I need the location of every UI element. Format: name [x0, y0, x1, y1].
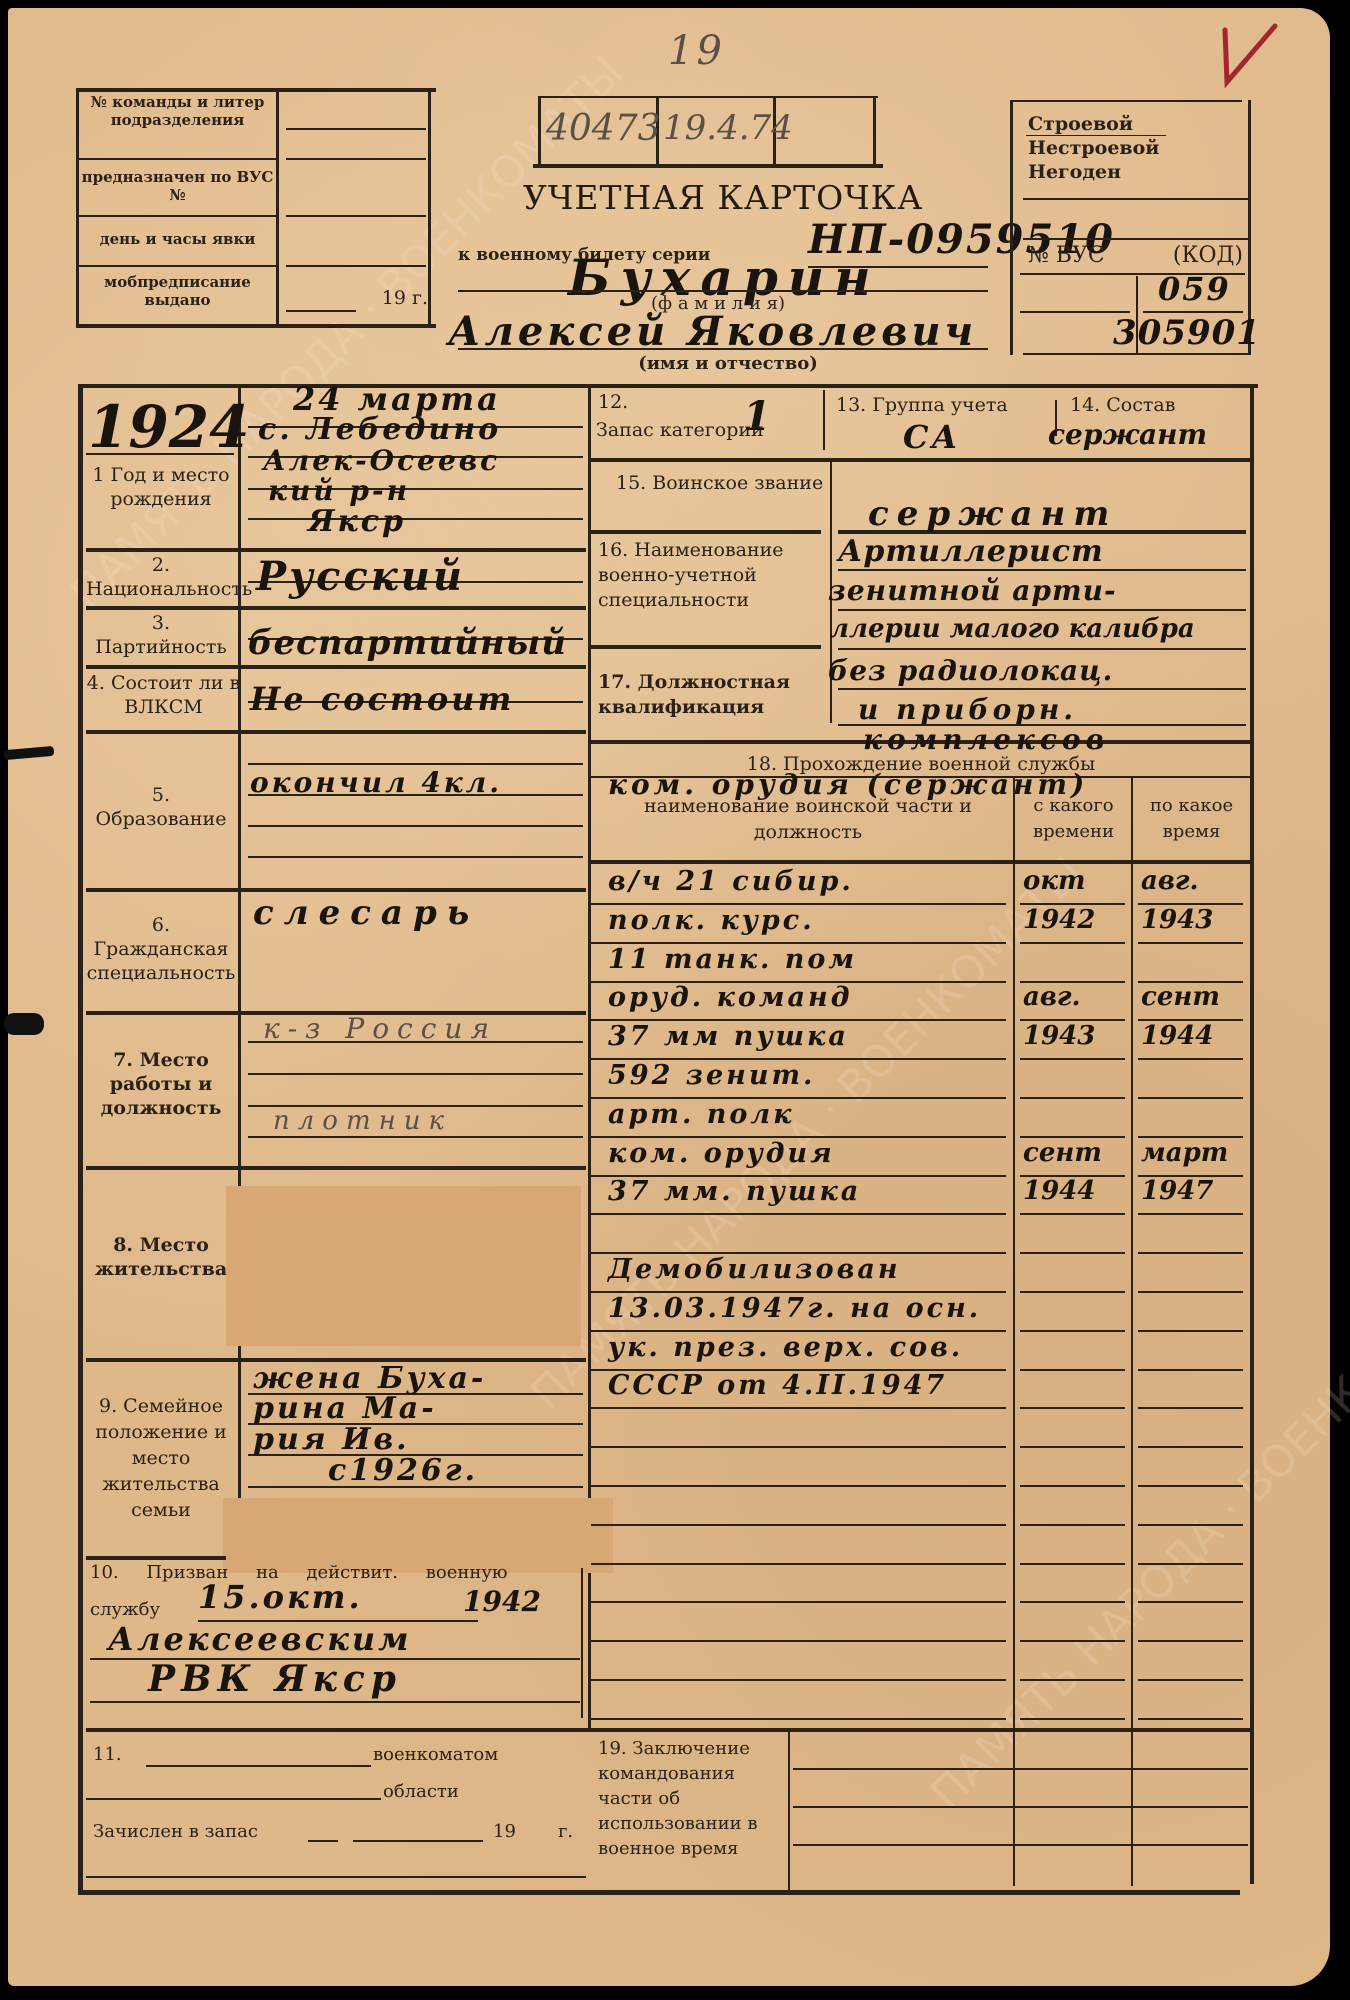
fold-mark [4, 746, 55, 760]
mob-order-year: 19 г. [353, 286, 428, 310]
service-from: окт [1023, 866, 1085, 896]
row-line [591, 1718, 1006, 1720]
fitness-noncombat: Нестроевой [1028, 137, 1228, 160]
position-value: плотник [273, 1106, 452, 1136]
stamp-date: 19.4.74 [663, 108, 793, 148]
row-line [1138, 1524, 1243, 1526]
label-komsomol: 4. Состоит ли в ВЛКСМ [86, 671, 241, 719]
row-line [1020, 1524, 1125, 1526]
service-unit: 592 зенит. [608, 1060, 815, 1091]
conscription-year: 1942 [463, 1585, 541, 1618]
main-frame-left [78, 384, 83, 1894]
family-line-2: рина Ма- [253, 1391, 437, 1426]
vus-value: 059 [1158, 270, 1231, 308]
service-col-divider-1 [1013, 776, 1015, 1886]
row-line [591, 1213, 1006, 1215]
label-residence: 8. Место жительства [86, 1233, 236, 1281]
service-from: 1944 [1023, 1176, 1095, 1206]
row-line [591, 1601, 1006, 1603]
label-mob-order: мобпредписание выдано [80, 273, 275, 309]
family-line-4: с1926г. [328, 1453, 478, 1488]
label-birth: 1 Год и место рождения [86, 463, 236, 511]
specialty-line-3: ллерии малого калибра [830, 614, 1195, 644]
reserve-region: области [383, 1780, 459, 1804]
row-line [1020, 1407, 1125, 1409]
qualification-line-1: и приборн. [858, 693, 1077, 726]
name-patronymic-label: (имя и отчество) [618, 352, 838, 376]
service-unit: Демобилизован [608, 1254, 901, 1285]
row-line [591, 1563, 1006, 1565]
left-divider [238, 384, 241, 1544]
service-unit: 13.03.1947г. на осн. [608, 1293, 981, 1324]
redacted-residence [226, 1186, 581, 1346]
row-line [591, 1446, 1006, 1448]
reserve-enrolled-year: 19 [493, 1820, 516, 1844]
birth-year: 1924 [88, 393, 249, 461]
composition-value: сержант [1048, 418, 1207, 451]
row-line [1020, 1718, 1125, 1720]
label-report-time: день и часы явки [80, 230, 275, 248]
label-nationality: 2. Национальность [86, 553, 236, 601]
card-title: УЧЕТНАЯ КАРТОЧКА [523, 178, 923, 217]
party-value: беспартийный [248, 623, 567, 663]
reserve-num: 11. [93, 1743, 122, 1767]
service-col-divider-2 [1131, 776, 1133, 1886]
row-line [1020, 1369, 1125, 1371]
check-mark-icon [1213, 20, 1283, 90]
birth-district: Алек-Осеевс [263, 444, 500, 477]
composition-label: 14. Состав [1070, 393, 1175, 417]
row-line [1020, 942, 1125, 944]
row-line [591, 1485, 1006, 1487]
row-line [591, 1407, 1006, 1409]
row-line [1138, 1291, 1243, 1293]
row-line [1138, 1097, 1243, 1099]
row-line [1138, 1252, 1243, 1254]
service-from: 1943 [1023, 1021, 1095, 1051]
conscription-office-2: РВК Якср [148, 1658, 402, 1700]
civil-specialty-value: слесарь [253, 893, 479, 933]
row-line [1138, 1679, 1243, 1681]
workplace-value: к-з Россия [263, 1012, 497, 1045]
service-unit: ком. орудия [608, 1138, 835, 1169]
service-from: авг. [1023, 982, 1081, 1012]
reserve-commissariat: военкоматом [373, 1743, 498, 1767]
birth-village: с. Лебедино [258, 412, 501, 447]
fitness-unfit: Негоден [1028, 161, 1228, 184]
row-line [1138, 1640, 1243, 1642]
main-frame-top [78, 384, 1258, 388]
reserve-enrolled-suffix: г. [558, 1820, 573, 1844]
service-to: март [1141, 1138, 1228, 1168]
specialty-line-4: без радиолокац. [828, 654, 1113, 687]
fitness-combat: Строевой [1028, 113, 1228, 136]
row-line [591, 1679, 1006, 1681]
row-line [591, 1640, 1006, 1642]
accounting-group-value: СА [903, 418, 961, 456]
row-line [1020, 1330, 1125, 1332]
service-from: 1942 [1023, 905, 1095, 935]
row-line [1020, 1485, 1125, 1487]
specialty-line-1: Артиллерист [838, 534, 1104, 569]
row-line [1138, 1718, 1243, 1720]
birth-region: Якср [308, 504, 406, 539]
row-line [1020, 1640, 1125, 1642]
row-line [1020, 1058, 1125, 1060]
label-education: 5. Образование [86, 783, 236, 831]
row-line [1138, 942, 1243, 944]
row-line [1138, 1369, 1243, 1371]
row-line [1138, 1446, 1243, 1448]
row-line [1020, 1601, 1125, 1603]
row-line [1138, 1330, 1243, 1332]
row-line [1020, 1291, 1125, 1293]
service-from: сент [1023, 1138, 1102, 1168]
row-line [1138, 1563, 1243, 1565]
service-unit: СССР от 4.II.1947 [608, 1370, 947, 1401]
label-vus-assigned: предназначен по ВУС № [80, 168, 275, 204]
row-line [591, 1524, 1006, 1526]
row-line [1020, 1213, 1125, 1215]
service-unit: 11 танк. пом [608, 944, 857, 975]
service-to: 1944 [1141, 1021, 1213, 1051]
row-line [1138, 1485, 1243, 1487]
page-number: 19 [668, 28, 725, 74]
label-civil-specialty: 6. Гражданская специальность [86, 913, 236, 985]
service-col-from: с какого времени [1016, 793, 1131, 845]
label-command-number: № команды и литер подразделения [80, 93, 275, 129]
accounting-group-label: 13. Группа учета [836, 393, 1008, 417]
code-label: (КОД) [1148, 244, 1243, 268]
conclusion-label: 19. Заключение командования части об исп… [598, 1736, 783, 1861]
service-unit: оруд. команд [608, 982, 853, 1013]
reserve-category-label: Запас категории [596, 418, 764, 442]
row-line [1020, 1252, 1125, 1254]
family-line-3: рия Ив. [253, 1422, 410, 1457]
row-line [1020, 1446, 1125, 1448]
label-family: 9. Семейное положение и место жительства… [86, 1393, 236, 1523]
service-to: 1943 [1141, 905, 1213, 935]
service-unit: ук. през. верх. сов. [608, 1332, 963, 1363]
birth-district-2: кий р-н [268, 474, 410, 507]
service-to: 1947 [1141, 1176, 1213, 1206]
row-line [1020, 1563, 1125, 1565]
record-card: ПАМЯТЬ НАРОДА · ВОЕНКОМАТЫ ПАМЯТЬ НАРОДА… [8, 8, 1330, 1986]
education-value: окончил 4кл. [250, 766, 502, 799]
row-line [1138, 1213, 1243, 1215]
hole-mark [4, 1013, 44, 1035]
service-unit: в/ч 21 сибир. [608, 866, 854, 897]
service-to: сент [1141, 982, 1220, 1012]
qualification-label: 17. Должностная квалификация [598, 670, 818, 720]
service-col-unit: наименование воинской части и должность [608, 793, 1008, 845]
reserve-category-num: 12. [598, 390, 628, 414]
row-line [1020, 1097, 1125, 1099]
specialty-line-2: зенитной арти- [828, 574, 1117, 607]
service-col-to: по какое время [1134, 793, 1249, 845]
label-conscription-service: службу [90, 1598, 160, 1622]
service-unit: арт. полк [608, 1099, 794, 1130]
service-unit: 37 мм. пушка [608, 1176, 861, 1207]
komsomol-value: Не состоит [250, 680, 514, 718]
nationality-value: Русский [256, 553, 465, 600]
vus-label: № ВУС [1028, 244, 1118, 268]
service-unit: полк. курс. [608, 905, 815, 936]
watermark: ПАМЯТЬ НАРОДА · ВОЕНКОМАТЫ [921, 1247, 1350, 1820]
rank-label: 15. Воинское звание [616, 471, 823, 495]
reserve-enrolled-label: Зачислен в запас [93, 1820, 258, 1844]
conscription-date: 15.окт. [198, 1578, 363, 1616]
main-frame-bottom [78, 1890, 1240, 1895]
main-frame-right [1250, 384, 1254, 1884]
conscription-office-1: Алексеевским [108, 1620, 412, 1658]
label-workplace: 7. Место работы и должность [86, 1048, 236, 1120]
specialty-label: 16. Наименование военно-учетной специаль… [598, 538, 813, 613]
service-to: авг. [1141, 866, 1199, 896]
row-line [1138, 1407, 1243, 1409]
row-line [1138, 1058, 1243, 1060]
service-unit: 37 мм пушка [608, 1021, 849, 1052]
code-value: 305901 [1113, 313, 1261, 353]
label-party: 3. Партийность [86, 611, 236, 659]
row-line [1020, 1679, 1125, 1681]
stamp-number: 40473 [546, 108, 661, 149]
row-line [1138, 1601, 1243, 1603]
rank-value: сержант [868, 494, 1117, 534]
reserve-category-value: 1 [743, 393, 774, 440]
